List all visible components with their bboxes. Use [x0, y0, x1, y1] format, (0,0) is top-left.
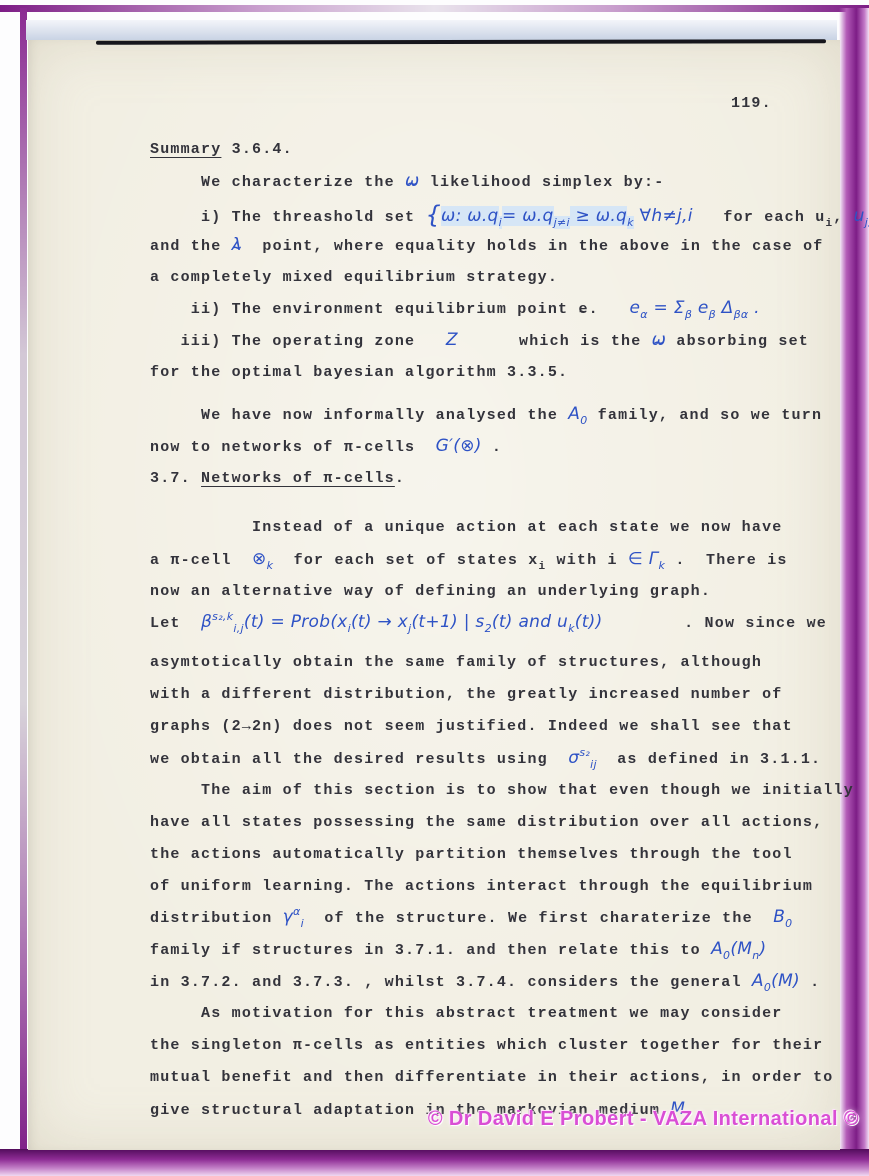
handwritten-annotation: G′(⊗) — [436, 436, 482, 456]
typed-text: which is the — [458, 333, 652, 350]
handwritten-annotation: (M) — [771, 971, 800, 991]
handwritten-annotation: 0 — [723, 949, 730, 962]
typed-text: . — [482, 439, 502, 456]
handwritten-annotation: = ω.q — [502, 206, 554, 226]
handwritten-annotation: A — [752, 971, 764, 991]
handwritten-annotation: ω — [405, 171, 420, 191]
handwritten-annotation: i — [348, 622, 351, 635]
typed-text: We characterize the — [150, 174, 405, 191]
text-line: a π-cell ⊗k for each set of states xi wi… — [150, 544, 830, 576]
handwritten-annotation: e — [629, 298, 640, 318]
typed-text: i) The threashold set — [150, 209, 425, 226]
typed-text: 3.6.4. — [221, 141, 292, 158]
handwritten-annotation: ∀h≠j,i — [634, 206, 693, 226]
page-number: 119. — [731, 95, 772, 112]
typed-text: now an alternative way of defining an un… — [150, 583, 711, 600]
typed-text: and the — [150, 238, 232, 255]
frame-border-bottom — [0, 1149, 869, 1176]
handwritten-annotation: = Σ — [648, 298, 685, 318]
handwritten-annotation: k — [568, 622, 575, 635]
text-line: i) The threashold set {ω: ω.qi= ω.qj≠i ≥… — [150, 198, 830, 230]
watermark-text: © Dr David E Probert - VAZA Internationa… — [428, 1108, 859, 1131]
text-line: Summary 3.6.4. — [150, 134, 830, 166]
typed-text: . There is — [665, 552, 787, 569]
typed-text: a π-cell — [150, 552, 252, 569]
handwritten-annotation: ≥ ω.q — [570, 206, 627, 226]
typed-text: as defined in 3.1.1. — [597, 751, 821, 768]
handwritten-annotation: (t+1) | s — [412, 612, 485, 632]
typed-text: likelihood simplex by:- — [420, 174, 665, 191]
typed-text: 3.7. — [150, 470, 201, 487]
handwritten-annotation: (t) → x — [351, 612, 408, 632]
handwritten-annotation: ∈ Γ — [628, 549, 659, 569]
handwritten-annotation: ) — [760, 939, 767, 959]
handwritten-annotation: i — [499, 216, 502, 229]
typed-text: ii) The environment equilibrium point — [150, 301, 578, 318]
text-line: ii) The environment equilibrium point e.… — [150, 293, 830, 325]
typed-text: have all states possessing the same dist… — [150, 814, 823, 831]
typed-text: we obtain all the desired results using — [150, 751, 568, 768]
text-line: have all states possessing the same dist… — [150, 807, 830, 839]
text-line: Let βs₂,ki,j(t) = Prob(xi(t) → xj(t+1) |… — [150, 607, 830, 639]
handwritten-annotation: A — [568, 404, 580, 424]
typed-text: the singleton π-cells as entities which … — [150, 1037, 823, 1054]
typed-text: Let — [150, 615, 201, 632]
text-line: with a different distribution, the great… — [150, 679, 830, 711]
typed-text: for each u — [693, 209, 826, 226]
handwritten-annotation: j — [408, 622, 411, 635]
typed-text: e — [578, 301, 588, 318]
text-line: family if structures in 3.7.1. and then … — [150, 934, 830, 966]
typed-text: i — [538, 561, 546, 573]
handwritten-annotation: i,j — [233, 622, 244, 635]
frame-border-left — [20, 8, 27, 1164]
text-line: distribution γαi of the structure. We fi… — [150, 902, 830, 934]
handwritten-annotation: λ — [232, 235, 242, 255]
handwritten-annotation: ω: ω.q — [441, 206, 499, 226]
handwritten-annotation: ⊗ — [252, 549, 267, 569]
typed-text: The aim of this section is to show that … — [150, 782, 854, 799]
handwritten-annotation: 0 — [785, 917, 792, 930]
text-line: mutual benefit and then differentiate in… — [150, 1062, 830, 1094]
handwritten-annotation: β — [709, 308, 716, 321]
handwritten-annotation: e — [692, 298, 708, 318]
handwritten-annotation: α — [640, 308, 648, 321]
handwritten-annotation: (t)) — [575, 612, 603, 632]
scan-shadow-band — [26, 20, 837, 40]
handwritten-annotation: Δ — [716, 298, 734, 318]
handwritten-annotation: ij — [590, 758, 597, 771]
handwritten-annotation: (M — [730, 939, 752, 959]
typed-text: distribution — [150, 910, 283, 927]
text-line: Instead of a unique action at each state… — [150, 512, 830, 544]
typed-text: . — [589, 301, 630, 318]
handwritten-annotation: 2 — [485, 622, 492, 635]
text-line: iii) The operating zone Z which is the ω… — [150, 325, 830, 357]
page-scan: 119. Summary 3.6.4. We characterize the … — [28, 40, 840, 1150]
frame-border-top — [0, 5, 869, 12]
typed-text: asymtotically obtain the same family of … — [150, 654, 762, 671]
text-line: of uniform learning. The actions interac… — [150, 871, 830, 903]
handwritten-annotation: s₂,k — [212, 610, 233, 623]
text-line: We have now informally analysed the A0 f… — [150, 399, 830, 431]
typed-text: iii) The operating zone — [150, 333, 446, 350]
handwritten-annotation: (t) and u — [492, 612, 568, 632]
text-line: graphs (2→2n) does not seem justified. I… — [150, 711, 830, 743]
handwritten-annotation: Z — [446, 330, 458, 350]
handwritten-annotation: { — [425, 201, 441, 229]
handwritten-annotation: A — [711, 939, 723, 959]
handwritten-annotation: β — [201, 612, 212, 632]
handwritten-annotation: u — [854, 206, 865, 226]
typed-text: of the structure. We first charaterize t… — [304, 910, 773, 927]
typed-text: Networks of π-cells — [201, 470, 395, 487]
typed-text: Summary — [150, 141, 221, 158]
typed-text: , — [833, 209, 853, 226]
typed-text: point, where equality holds in the above… — [242, 238, 823, 255]
handwritten-annotation: n — [752, 949, 759, 962]
typed-text: . — [395, 470, 405, 487]
typed-text: for the optimal bayesian algorithm 3.3.5… — [150, 364, 568, 381]
text-line: for the optimal bayesian algorithm 3.3.5… — [150, 357, 830, 389]
typed-text: graphs (2→2n) does not seem justified. I… — [150, 718, 793, 735]
typed-text: i — [825, 218, 833, 230]
text-line: the actions automatically partition them… — [150, 839, 830, 871]
handwritten-annotation: k — [659, 559, 666, 572]
handwritten-annotation: βα — [734, 308, 749, 321]
typed-text: . Now since we — [603, 615, 827, 632]
handwritten-annotation: . — [748, 298, 759, 318]
text-line: a completely mixed equilibrium strategy. — [150, 262, 830, 294]
typed-text: We have now informally analysed the — [150, 407, 568, 424]
handwritten-annotation: 0 — [580, 414, 587, 427]
handwritten-annotation: β — [685, 308, 692, 321]
handwritten-annotation: σ — [568, 748, 579, 768]
handwritten-annotation: 0 — [764, 981, 771, 994]
text-line: now an alternative way of defining an un… — [150, 576, 830, 608]
handwritten-annotation: α — [293, 905, 301, 918]
typed-text: absorbing set — [666, 333, 809, 350]
text-line: 3.7. Networks of π-cells. — [150, 463, 830, 495]
typed-text: with i — [546, 552, 628, 569]
typed-text: mutual benefit and then differentiate in… — [150, 1069, 834, 1086]
handwritten-annotation: (t) = Prob(x — [244, 612, 348, 632]
typed-text: in 3.7.2. and 3.7.3. , whilst 3.7.4. con… — [150, 974, 752, 991]
typed-text: for each set of states x — [273, 552, 538, 569]
typed-text: Instead of a unique action at each state… — [150, 519, 783, 536]
text-line: asymtotically obtain the same family of … — [150, 647, 830, 679]
typed-text: with a different distribution, the great… — [150, 686, 783, 703]
typed-text: now to networks of π-cells — [150, 439, 436, 456]
text-line: The aim of this section is to show that … — [150, 775, 830, 807]
page-top-edge-shadow — [96, 39, 826, 45]
typed-text: of uniform learning. The actions interac… — [150, 878, 813, 895]
handwritten-annotation: B — [773, 907, 785, 927]
text-line: the singleton π-cells as entities which … — [150, 1030, 830, 1062]
handwritten-annotation: i — [301, 917, 304, 930]
text-line: in 3.7.2. and 3.7.3. , whilst 3.7.4. con… — [150, 966, 830, 998]
typed-text: family, and so we turn — [588, 407, 823, 424]
typed-text: family if structures in 3.7.1. and then … — [150, 942, 711, 959]
handwritten-annotation: j≠i — [554, 216, 570, 229]
frame-border-right — [839, 8, 869, 1168]
handwritten-annotation: γ — [283, 907, 293, 927]
typed-text: the actions automatically partition them… — [150, 846, 793, 863]
text-line: As motivation for this abstract treatmen… — [150, 998, 830, 1030]
text-line: we obtain all the desired results using … — [150, 743, 830, 775]
handwritten-annotation: ω — [652, 330, 667, 350]
text-line: and the λ point, where equality holds in… — [150, 230, 830, 262]
handwritten-annotation: k — [627, 216, 634, 229]
document-lines: Summary 3.6.4. We characterize the ω lik… — [150, 134, 830, 1126]
handwritten-annotation: k — [267, 559, 274, 572]
text-line: We characterize the ω likelihood simplex… — [150, 166, 830, 198]
typed-text: a completely mixed equilibrium strategy. — [150, 269, 558, 286]
typed-text: As motivation for this abstract treatmen… — [150, 1005, 783, 1022]
text-line: now to networks of π-cells G′(⊗) . — [150, 431, 830, 463]
handwritten-annotation: s₂ — [579, 746, 590, 759]
typed-text: . — [800, 974, 820, 991]
